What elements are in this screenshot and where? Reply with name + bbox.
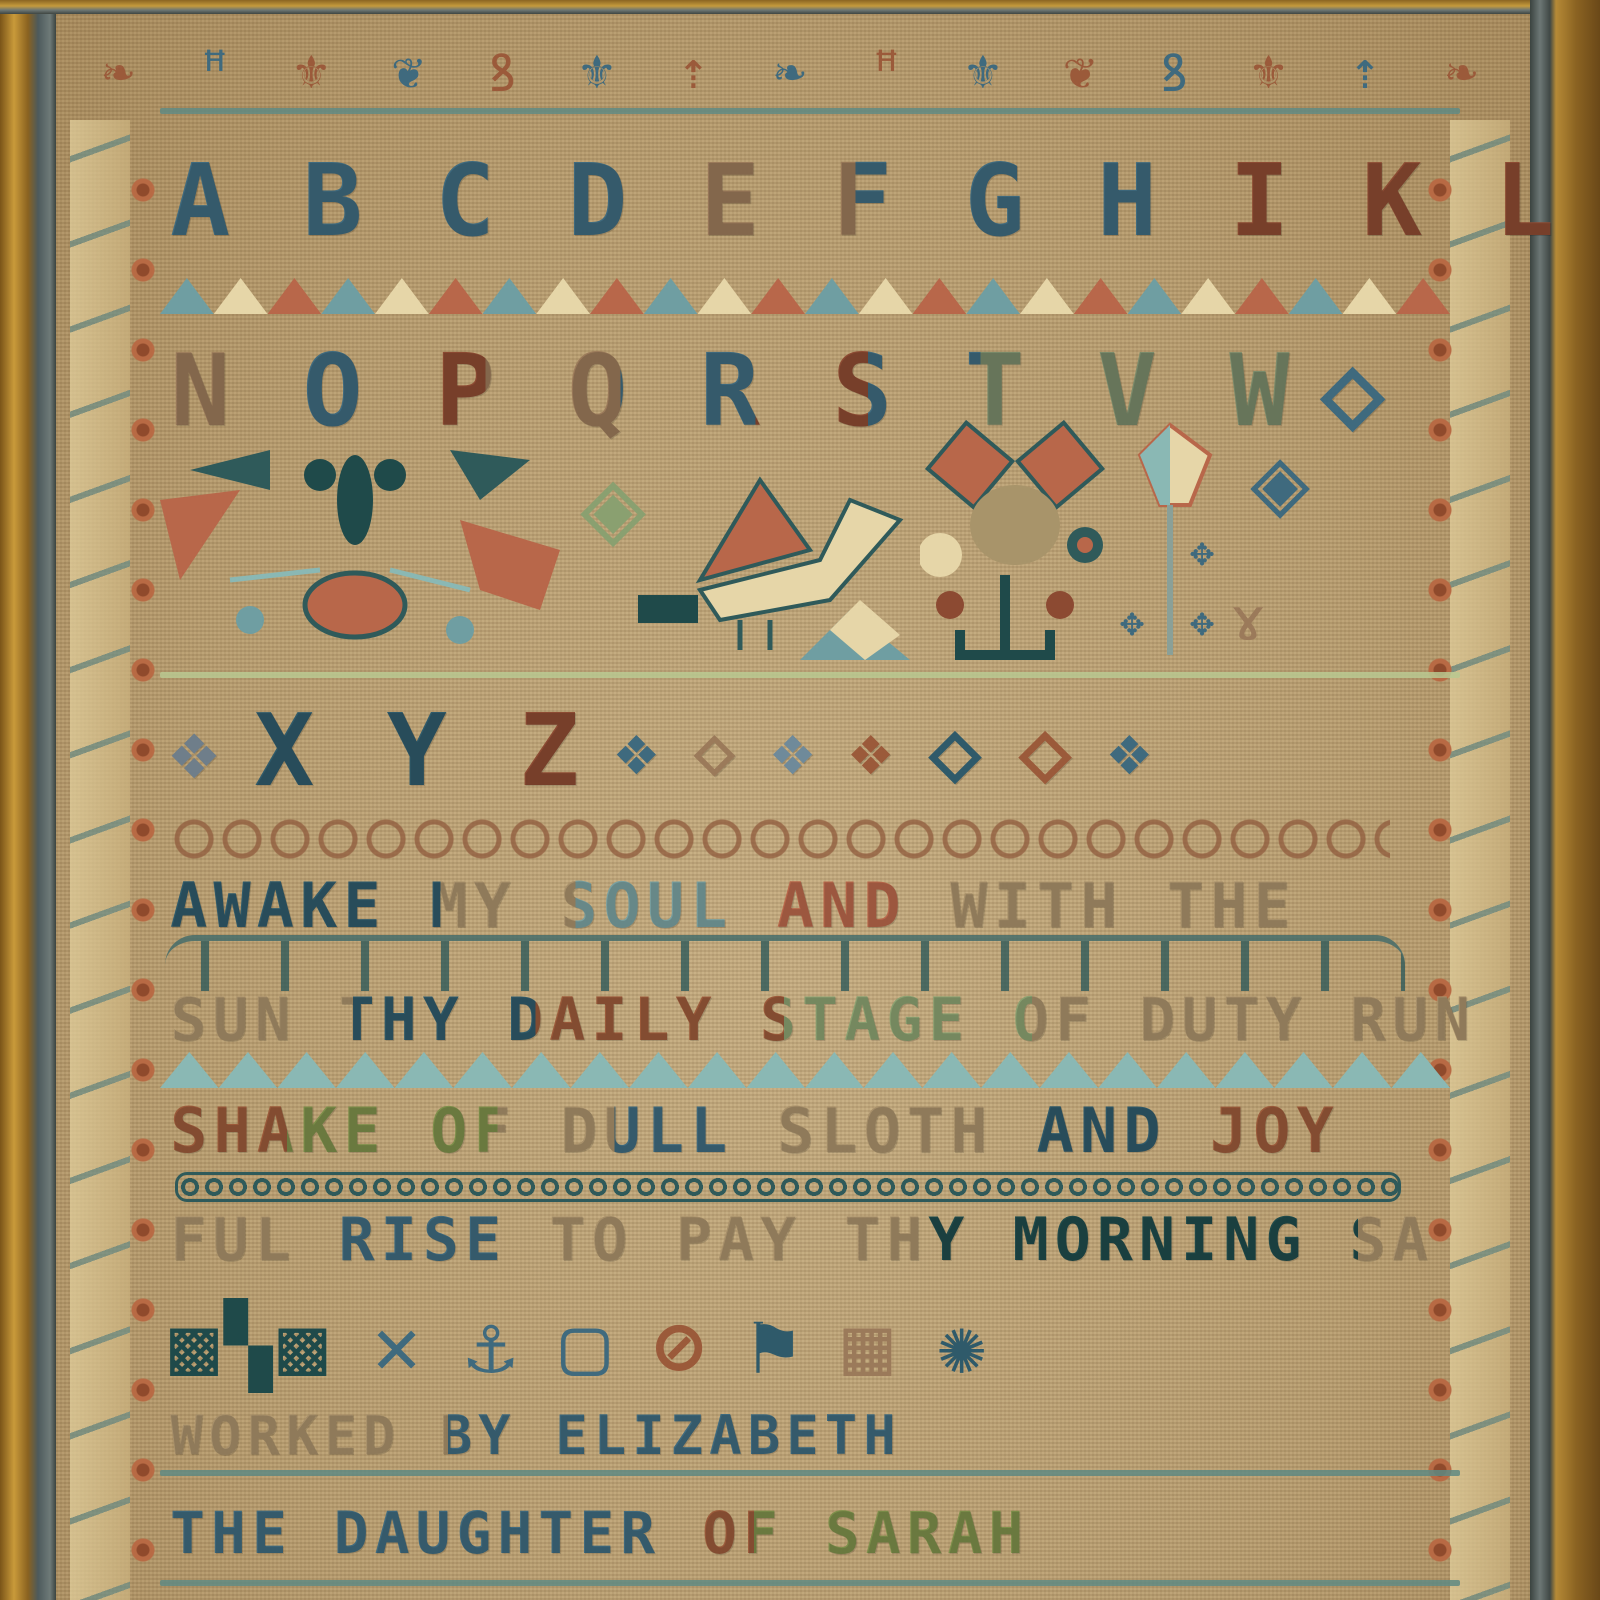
wave-band bbox=[165, 935, 1405, 991]
verse-text: SUN THY DAILY STAGE OF DUTY RUN bbox=[170, 985, 1476, 1055]
verse-text: AWAKE MY SOUL AND WITH THE bbox=[170, 869, 1297, 942]
diamond-motif-icon: ❖ bbox=[170, 704, 224, 797]
triangle-band-1 bbox=[160, 278, 1450, 314]
name-line: WORKED BY ELIZABETH bbox=[170, 1405, 1440, 1465]
square-motif-icon: ▦ bbox=[843, 1299, 897, 1392]
scallop-band bbox=[170, 815, 1390, 863]
diamond-motif-icon: ◇ bbox=[1018, 698, 1078, 803]
verse-line-3: SHAKE OF DULL SLOTH AND JOY bbox=[170, 1095, 1440, 1165]
lower-motif-row: ▩▚▩ ✕ ⚓ ▢ ⊘ ⚑ ▦ ✺ bbox=[170, 1290, 1440, 1400]
chain-band bbox=[175, 1172, 1401, 1202]
scroll-motif-icon: ꝸ bbox=[489, 36, 516, 107]
scroll-motif-icon: ❧ bbox=[103, 41, 134, 101]
green-band bbox=[160, 672, 1460, 678]
scroll-motif-icon: ꝸ bbox=[1160, 36, 1187, 107]
alphabet-row-1: A B C D E F G H I K L M bbox=[170, 140, 1440, 260]
diamond-motif-icon: ❖ bbox=[1108, 709, 1156, 791]
square-flower-icon: ▢ bbox=[561, 1299, 615, 1392]
daughter-text: THE DAUGHTER OF SARAH bbox=[170, 1499, 1029, 1567]
alphabet-row-3: ❖ X Y Z ❖ ◇ ❖ ❖ ◇ ◇ ❖ bbox=[170, 690, 1440, 810]
svg-text:✥: ✥ bbox=[1120, 599, 1144, 645]
flag-icon: ⚑ bbox=[749, 1299, 803, 1392]
fleur-motif-icon: ⚜ bbox=[296, 41, 327, 101]
name-text: WORKED BY ELIZABETH bbox=[170, 1404, 902, 1467]
bottom-band bbox=[160, 1580, 1460, 1586]
crown-anchor-tree-motifs: ✥ ✥ ✥ ◈ ɤ bbox=[920, 415, 1440, 665]
lower-band bbox=[160, 1470, 1460, 1476]
alphabet-text: A B C D E F G H I K L M bbox=[170, 142, 1600, 259]
frame-top-edge bbox=[0, 0, 1600, 14]
svg-text:✥: ✥ bbox=[1190, 599, 1214, 645]
diamond-motif-icon: ◇ bbox=[928, 698, 988, 803]
svg-text:◈: ◈ bbox=[1250, 422, 1310, 539]
verse-line-1: AWAKE MY SOUL AND WITH THE bbox=[170, 870, 1440, 940]
arrow-motif-icon: ⇡ bbox=[1349, 41, 1380, 101]
diamond-motif-icon: ❖ bbox=[772, 709, 820, 791]
bird-motif bbox=[630, 460, 930, 680]
scroll-motif-icon: ❦ bbox=[1064, 41, 1095, 101]
verse-line-2: SUN THY DAILY STAGE OF DUTY RUN bbox=[170, 985, 1440, 1055]
svg-text:ɤ: ɤ bbox=[1230, 585, 1266, 655]
arrow-motif-icon: ⇡ bbox=[678, 41, 709, 101]
fleur-motif-icon: ⚜ bbox=[581, 41, 612, 101]
scroll-motif-icon: ꟸ bbox=[871, 41, 902, 101]
star-flower-icon: ✺ bbox=[938, 1299, 992, 1392]
scroll-motif-icon: ❧ bbox=[774, 41, 805, 101]
flower-basket-motif bbox=[120, 440, 600, 650]
left-rosette-column bbox=[128, 150, 158, 1590]
verse-text: SHAKE OF DULL SLOTH AND JOY bbox=[170, 1094, 1340, 1167]
verse-text: FUL RISE TO PAY THY MORNING SA bbox=[170, 1205, 1434, 1275]
scroll-motif-icon: ꟸ bbox=[199, 41, 230, 101]
house-blocks-icon: ▩▚▩ bbox=[170, 1299, 333, 1392]
diamond-motif-icon: ❖ bbox=[615, 709, 663, 791]
svg-text:✥: ✥ bbox=[1190, 529, 1214, 575]
scroll-motif-icon: ❦ bbox=[392, 41, 423, 101]
anchor-icon: ⚓ bbox=[467, 1299, 521, 1392]
top-scroll-border: ❧ ꟸ ⚜ ❦ ꝸ ⚜ ⇡ ❧ ꟸ ⚜ ❦ ꝸ ⚜ ⇡ ❧ bbox=[70, 36, 1510, 106]
cross-flower-icon: ✕ bbox=[373, 1299, 427, 1392]
top-band bbox=[160, 108, 1460, 114]
triangle-band-2 bbox=[160, 1052, 1450, 1088]
daughter-line: THE DAUGHTER OF SARAH bbox=[170, 1498, 1440, 1568]
fleur-motif-icon: ⚜ bbox=[1253, 41, 1284, 101]
diamond-motif-icon: ❖ bbox=[850, 709, 898, 791]
jar-icon: ⊘ bbox=[655, 1299, 709, 1392]
left-zigzag-border bbox=[70, 120, 130, 1600]
scroll-motif-icon: ❧ bbox=[1446, 41, 1477, 101]
alphabet-text: X Y Z bbox=[254, 692, 585, 809]
right-zigzag-border bbox=[1450, 120, 1510, 1600]
diamond-motif-icon: ◇ bbox=[693, 709, 741, 791]
fleur-motif-icon: ⚜ bbox=[967, 41, 998, 101]
verse-line-4: FUL RISE TO PAY THY MORNING SA bbox=[170, 1205, 1440, 1275]
